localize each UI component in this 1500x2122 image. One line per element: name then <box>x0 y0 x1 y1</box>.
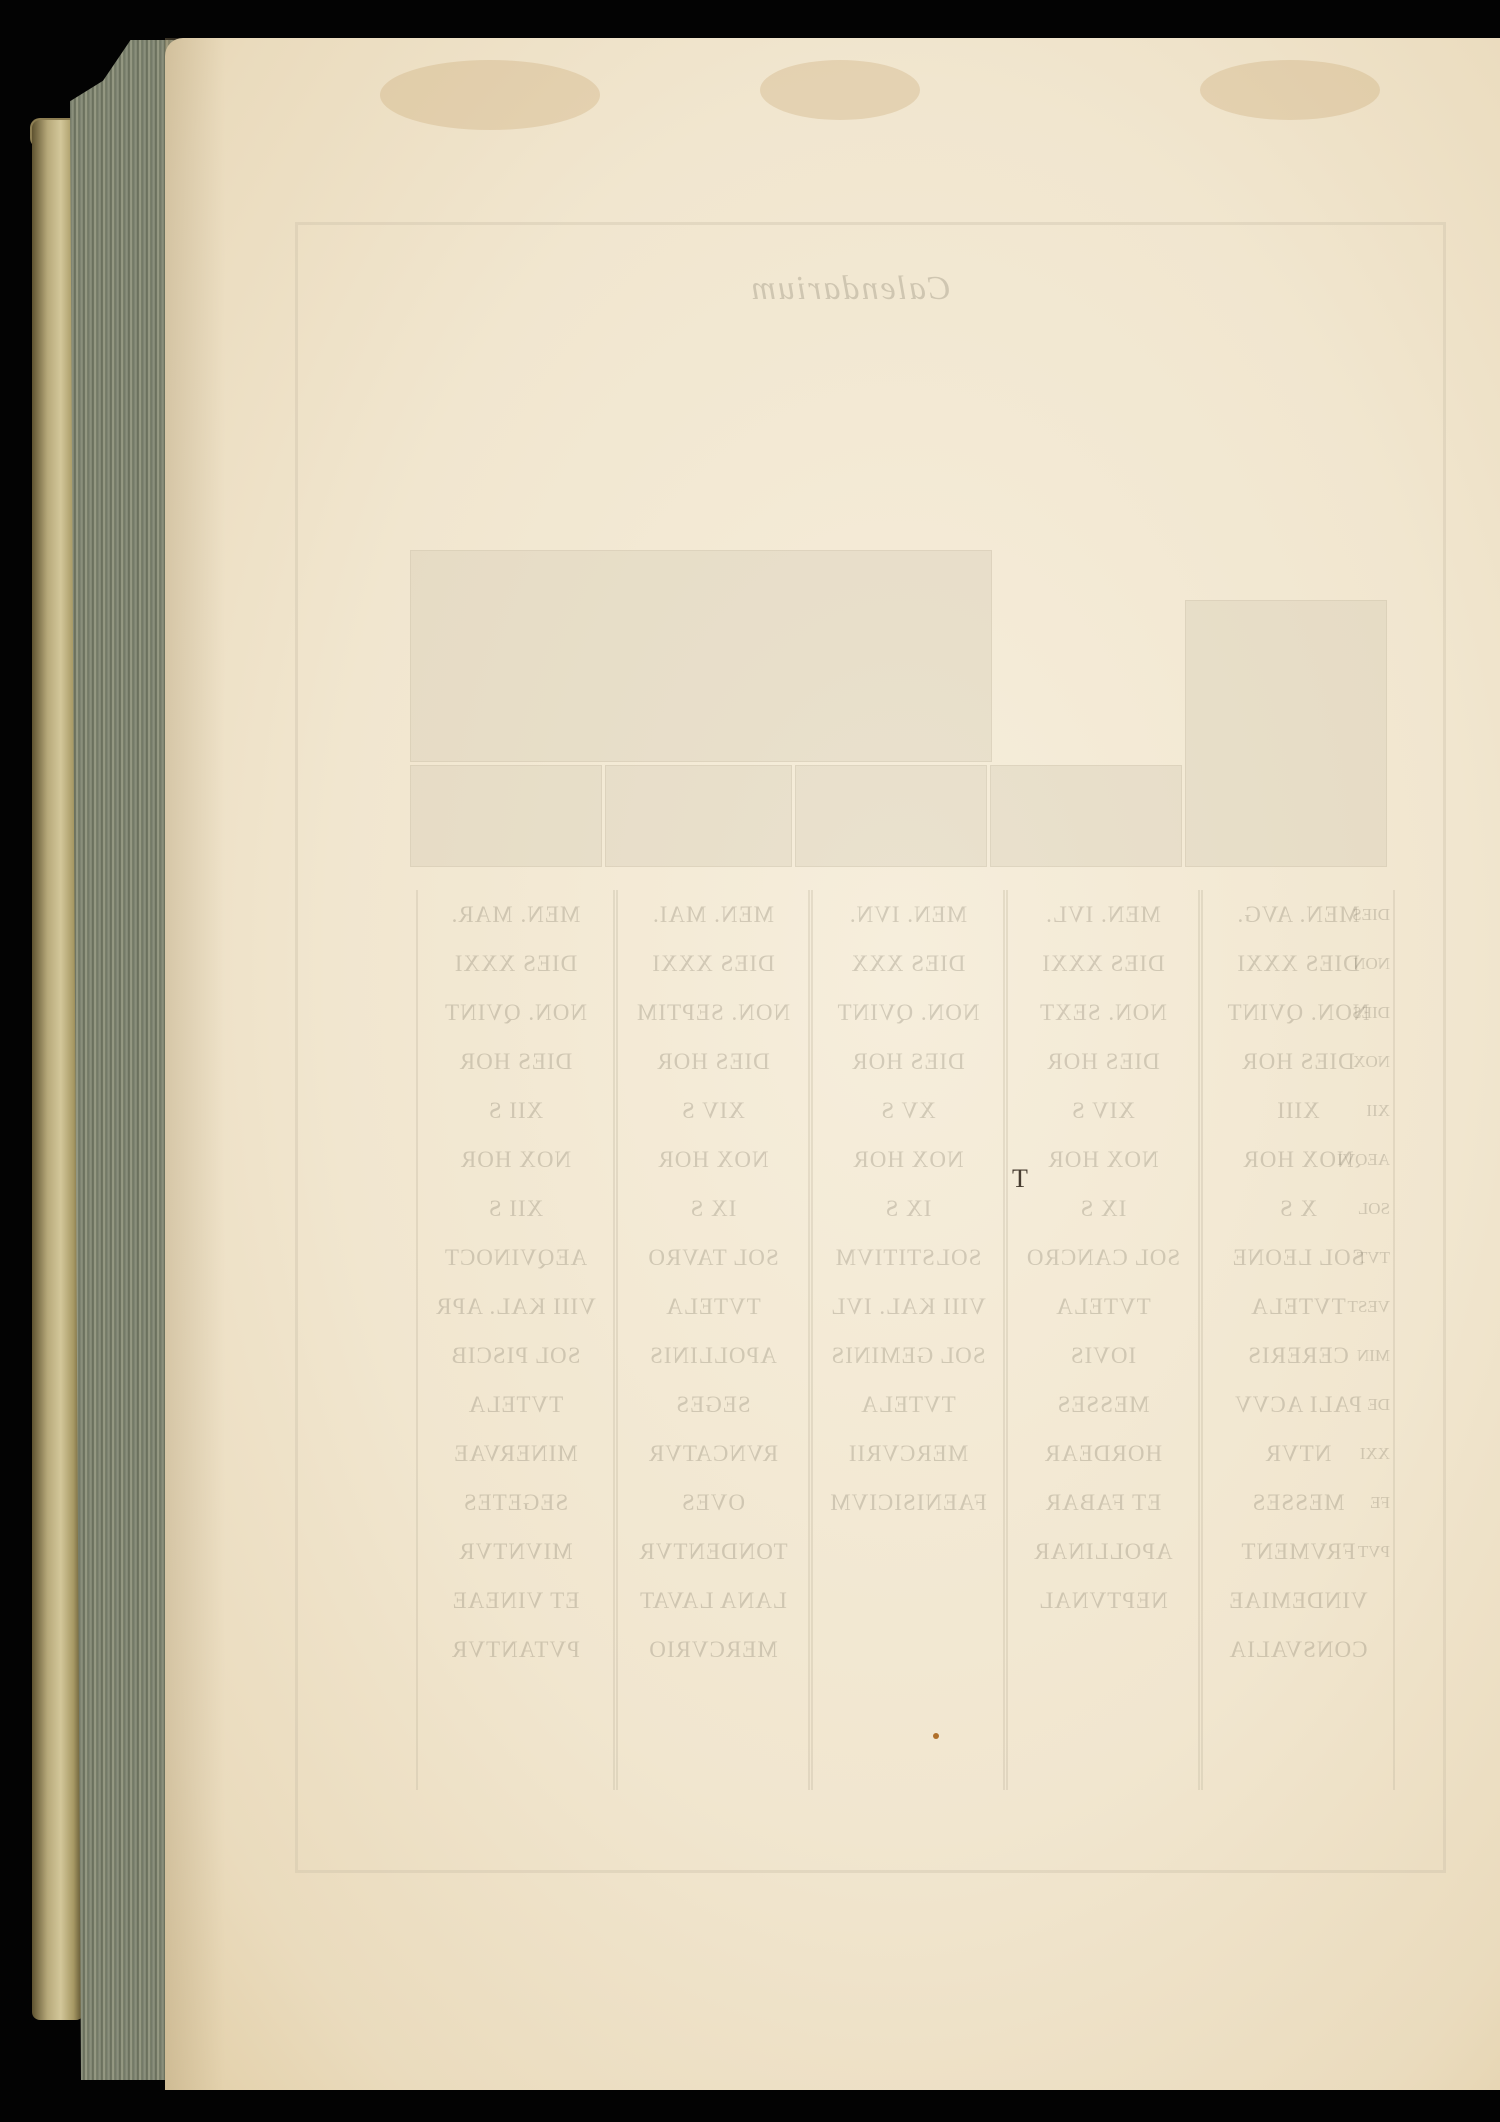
bleed-illustration-5 <box>1185 600 1387 867</box>
bleed-column-3: MEN. IVN. DIES XXX NON. QVINT DIES HOR X… <box>811 890 1005 1790</box>
page-edges <box>70 40 180 2080</box>
bleed-side-column: DIES NON DIES NOX XII AEQVI SOL TVT VEST… <box>1190 890 1390 1590</box>
bleed-illustration-2 <box>605 765 792 867</box>
bleed-illustrations <box>410 550 1400 870</box>
foxing-stain <box>1200 60 1380 120</box>
bleed-illustration-4 <box>990 765 1182 867</box>
bleed-title: Calendarium <box>570 270 1130 308</box>
bleed-illustration-3 <box>795 765 987 867</box>
bleed-illustration-1 <box>410 765 602 867</box>
bleed-column-4: MEN. MAI. DIES XXXI NON. SEPTIM DIES HOR… <box>616 890 810 1790</box>
bleed-illustration-main <box>410 550 992 762</box>
visible-letter-t: T <box>1012 1164 1028 1194</box>
bleed-column-5: MEN. MAR. DIES XXXI NON. QVINT DIES HOR … <box>416 890 615 1790</box>
foxing-stain <box>380 60 600 130</box>
foxing-stain <box>760 60 920 120</box>
ink-spot <box>933 1733 939 1739</box>
bleed-column-2: MEN. IVL. DIES XXXI NON. SEXT DIES HOR X… <box>1006 890 1200 1790</box>
